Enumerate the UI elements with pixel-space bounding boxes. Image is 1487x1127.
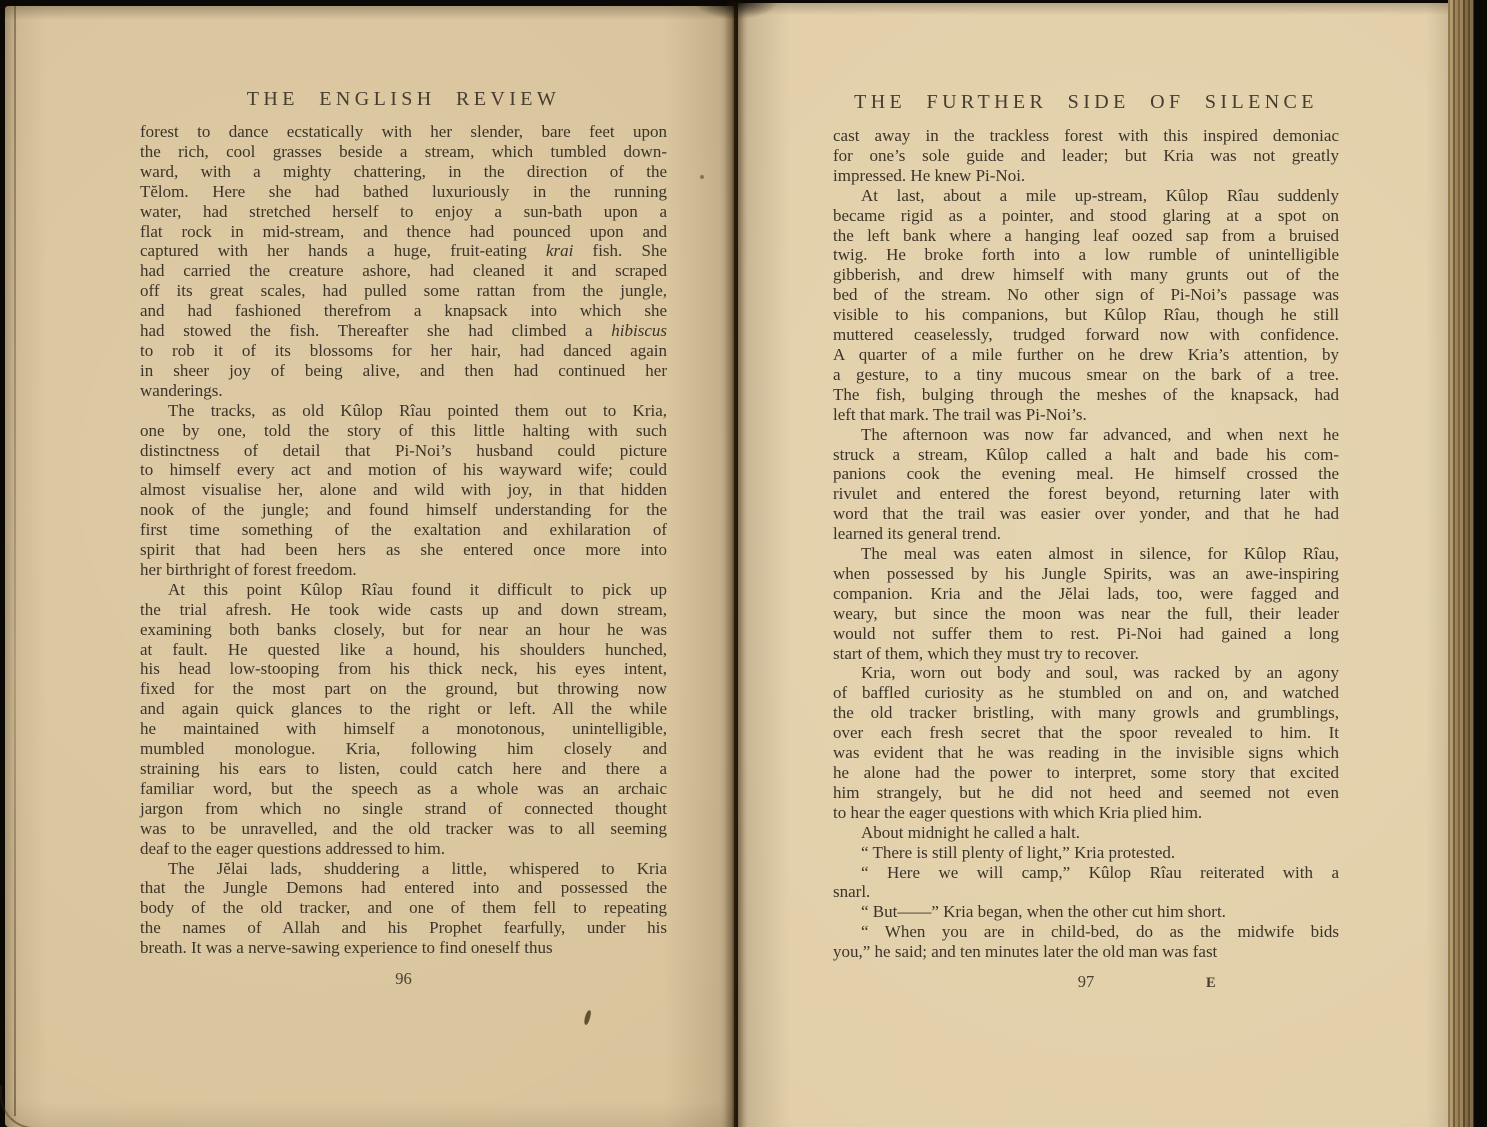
gutter-shadow xyxy=(724,0,744,1127)
text-line: At this point Kûlop Rîau found it diffic… xyxy=(140,580,667,600)
signature-mark: E xyxy=(1206,975,1217,992)
paragraph: The tracks, as old Kûlop Rîau pointed th… xyxy=(140,401,667,580)
text-line: rivulet and entered the forest beyond, r… xyxy=(833,484,1339,504)
text-line: her birthright of forest freedom. xyxy=(140,560,667,580)
text-line: panions cook the evening meal. He himsel… xyxy=(833,464,1339,484)
text-line: The meal was eaten almost in silence, fo… xyxy=(833,544,1339,564)
text-line: that the Jungle Demons had entered into … xyxy=(140,878,667,898)
text-line: would not suffer them to rest. Pi-Noi ha… xyxy=(833,624,1339,644)
text-line: bed of the stream. No other sign of Pi-N… xyxy=(833,285,1339,305)
text-line: snarl. xyxy=(833,882,1339,902)
text-line: Tĕlom. Here she had bathed luxuriously i… xyxy=(140,182,667,202)
text-line: the left bank where a hanging leaf oozed… xyxy=(833,226,1339,246)
text-line: “ But——” Kria began, when the other cut … xyxy=(833,902,1339,922)
text-line: forest to dance ecstatically with her sl… xyxy=(140,122,667,142)
paragraph: “ Here we will camp,” Kûlop Rîau reitera… xyxy=(833,863,1339,903)
curled-page-corner xyxy=(0,1085,92,1127)
text-line: the old tracker bristling, with many gro… xyxy=(833,703,1339,723)
text-line: he alone had the power to interpret, som… xyxy=(833,763,1339,783)
text-line: The tracks, as old Kûlop Rîau pointed th… xyxy=(140,401,667,421)
paragraph: forest to dance ecstatically with her sl… xyxy=(140,122,667,401)
text-line: him strangely, but he did not heed and s… xyxy=(833,783,1339,803)
text-line: cast away in the trackless forest with t… xyxy=(833,126,1339,146)
text-line: captured with her hands a huge, fruit-ea… xyxy=(140,241,667,261)
text-line: A quarter of a mile further on he drew K… xyxy=(833,345,1339,365)
text-line: one by one, told the story of this littl… xyxy=(140,421,667,441)
text-line: fixed for the most part on the ground, b… xyxy=(140,679,667,699)
ink-speck xyxy=(700,175,704,179)
text-line: water, had stretched herself to enjoy a … xyxy=(140,202,667,222)
text-line: flat rock in mid-stream, and thence had … xyxy=(140,222,667,242)
text-line: for one’s sole guide and leader; but Kri… xyxy=(833,146,1339,166)
text-line: deaf to the eager questions addressed to… xyxy=(140,839,667,859)
text-line: had stowed the fish. Thereafter she had … xyxy=(140,321,667,341)
text-line: had carried the creature ashore, had cle… xyxy=(140,261,667,281)
text-line: visible to his companions, but Kûlop Rîa… xyxy=(833,305,1339,325)
running-head-right: THE FURTHER SIDE OF SILENCE xyxy=(833,91,1339,114)
text-line: At last, about a mile up-stream, Kûlop R… xyxy=(833,186,1339,206)
text-line: ward, with a mighty chattering, in the d… xyxy=(140,162,667,182)
text-line: became rigid as a pointer, and stood gla… xyxy=(833,206,1339,226)
text-line: off its great scales, had pulled some ra… xyxy=(140,281,667,301)
stacked-page-edges xyxy=(1448,0,1474,1127)
text-line: you,” he said; and ten minutes later the… xyxy=(833,942,1339,962)
text-line: The afternoon was now far advanced, and … xyxy=(833,425,1339,445)
text-line: and had fashioned therefrom a knapsack i… xyxy=(140,301,667,321)
text-line: familiar word, but the speech as a whole… xyxy=(140,779,667,799)
text-line: when possessed by his Jungle Spirits, wa… xyxy=(833,564,1339,584)
text-line: weary, but since the moon was near the f… xyxy=(833,604,1339,624)
text-line: his head low-stooping from his thick nec… xyxy=(140,659,667,679)
book-photo: THE ENGLISH REVIEW THE FURTHER SIDE OF S… xyxy=(0,0,1487,1127)
text-line: muttered ceaselessly, trudged forward no… xyxy=(833,325,1339,345)
text-line: was to be unravelled, and the old tracke… xyxy=(140,819,667,839)
text-line: he maintained with himself a monotonous,… xyxy=(140,719,667,739)
text-line: The Jĕlai lads, shuddering a little, whi… xyxy=(140,859,667,879)
text-line: breath. It was a nerve-sawing experience… xyxy=(140,938,667,958)
paragraph: At last, about a mile up-stream, Kûlop R… xyxy=(833,186,1339,425)
gutter-top-shadow xyxy=(688,0,784,26)
page-number-left: 96 xyxy=(140,969,667,989)
text-line: almost visualise her, alone and wild wit… xyxy=(140,480,667,500)
text-line: twig. He broke forth into a low rumble o… xyxy=(833,245,1339,265)
text-line: companion. Kria and the Jĕlai lads, too,… xyxy=(833,584,1339,604)
running-head-left: THE ENGLISH REVIEW xyxy=(140,88,667,111)
text-line: impressed. He knew Pi-Noi. xyxy=(833,166,1339,186)
right-page-text: cast away in the trackless forest with t… xyxy=(833,126,1339,962)
text-line: body of the old tracker, and one of them… xyxy=(140,898,667,918)
text-line: to hear the eager questions with which K… xyxy=(833,803,1339,823)
paragraph: “ But——” Kria began, when the other cut … xyxy=(833,902,1339,922)
text-line: the trial afresh. He took wide casts up … xyxy=(140,600,667,620)
text-line: in sheer joy of being alive, and then ha… xyxy=(140,361,667,381)
text-line: spirit that had been hers as she entered… xyxy=(140,540,667,560)
text-line: and again quick glances to the right or … xyxy=(140,699,667,719)
text-line: over each fresh secret that the spoor re… xyxy=(833,723,1339,743)
text-line: a gesture, to a tiny mucous smear on the… xyxy=(833,365,1339,385)
text-line: wanderings. xyxy=(140,381,667,401)
text-line: the names of Allah and his Prophet fearf… xyxy=(140,918,667,938)
text-line: left that mark. The trail was Pi-Noi’s. xyxy=(833,405,1339,425)
text-line: gibberish, and drew himself with many gr… xyxy=(833,265,1339,285)
text-line: learned its general trend. xyxy=(833,524,1339,544)
text-line: to rob it of its blossoms for her hair, … xyxy=(140,341,667,361)
text-line: was evident that he was reading in the i… xyxy=(833,743,1339,763)
text-line: straining his ears to listen, could catc… xyxy=(140,759,667,779)
text-line: of baffled curiosity as he stumbled on a… xyxy=(833,683,1339,703)
text-line: nook of the jungle; and found himself un… xyxy=(140,500,667,520)
text-line: jargon from which no single strand of co… xyxy=(140,799,667,819)
text-line: first time something of the exaltation a… xyxy=(140,520,667,540)
paragraph: The Jĕlai lads, shuddering a little, whi… xyxy=(140,859,667,959)
paragraph: About midnight he called a halt. xyxy=(833,823,1339,843)
cover-crease-line xyxy=(14,6,16,1116)
text-line: distinctness of detail that Pi-Noi’s hus… xyxy=(140,441,667,461)
paragraph: Kria, worn out body and soul, was racked… xyxy=(833,663,1339,822)
text-line: struck a stream, Kûlop called a halt and… xyxy=(833,445,1339,465)
paragraph: “ There is still plenty of light,” Kria … xyxy=(833,843,1339,863)
text-line: “ There is still plenty of light,” Kria … xyxy=(833,843,1339,863)
text-line: The fish, bulging through the meshes of … xyxy=(833,385,1339,405)
paragraph: The meal was eaten almost in silence, fo… xyxy=(833,544,1339,663)
text-line: at fault. He quested like a hound, his s… xyxy=(140,640,667,660)
text-line: “ When you are in child-bed, do as the m… xyxy=(833,922,1339,942)
page-number-right: 97 xyxy=(833,972,1339,992)
paragraph: cast away in the trackless forest with t… xyxy=(833,126,1339,186)
text-line: examining both banks closely, but for ne… xyxy=(140,620,667,640)
text-line: to himself every act and motion of his w… xyxy=(140,460,667,480)
left-page-text: forest to dance ecstatically with her sl… xyxy=(140,122,667,958)
text-line: word that the trail was easier over yond… xyxy=(833,504,1339,524)
text-line: the rich, cool grasses beside a stream, … xyxy=(140,142,667,162)
text-line: About midnight he called a halt. xyxy=(833,823,1339,843)
text-line: Kria, worn out body and soul, was racked… xyxy=(833,663,1339,683)
text-line: “ Here we will camp,” Kûlop Rîau reitera… xyxy=(833,863,1339,883)
paragraph: At this point Kûlop Rîau found it diffic… xyxy=(140,580,667,859)
paragraph: The afternoon was now far advanced, and … xyxy=(833,425,1339,544)
text-line: start of them, which they must try to re… xyxy=(833,644,1339,664)
paragraph: “ When you are in child-bed, do as the m… xyxy=(833,922,1339,962)
text-line: mumbled monologue. Kria, following him c… xyxy=(140,739,667,759)
